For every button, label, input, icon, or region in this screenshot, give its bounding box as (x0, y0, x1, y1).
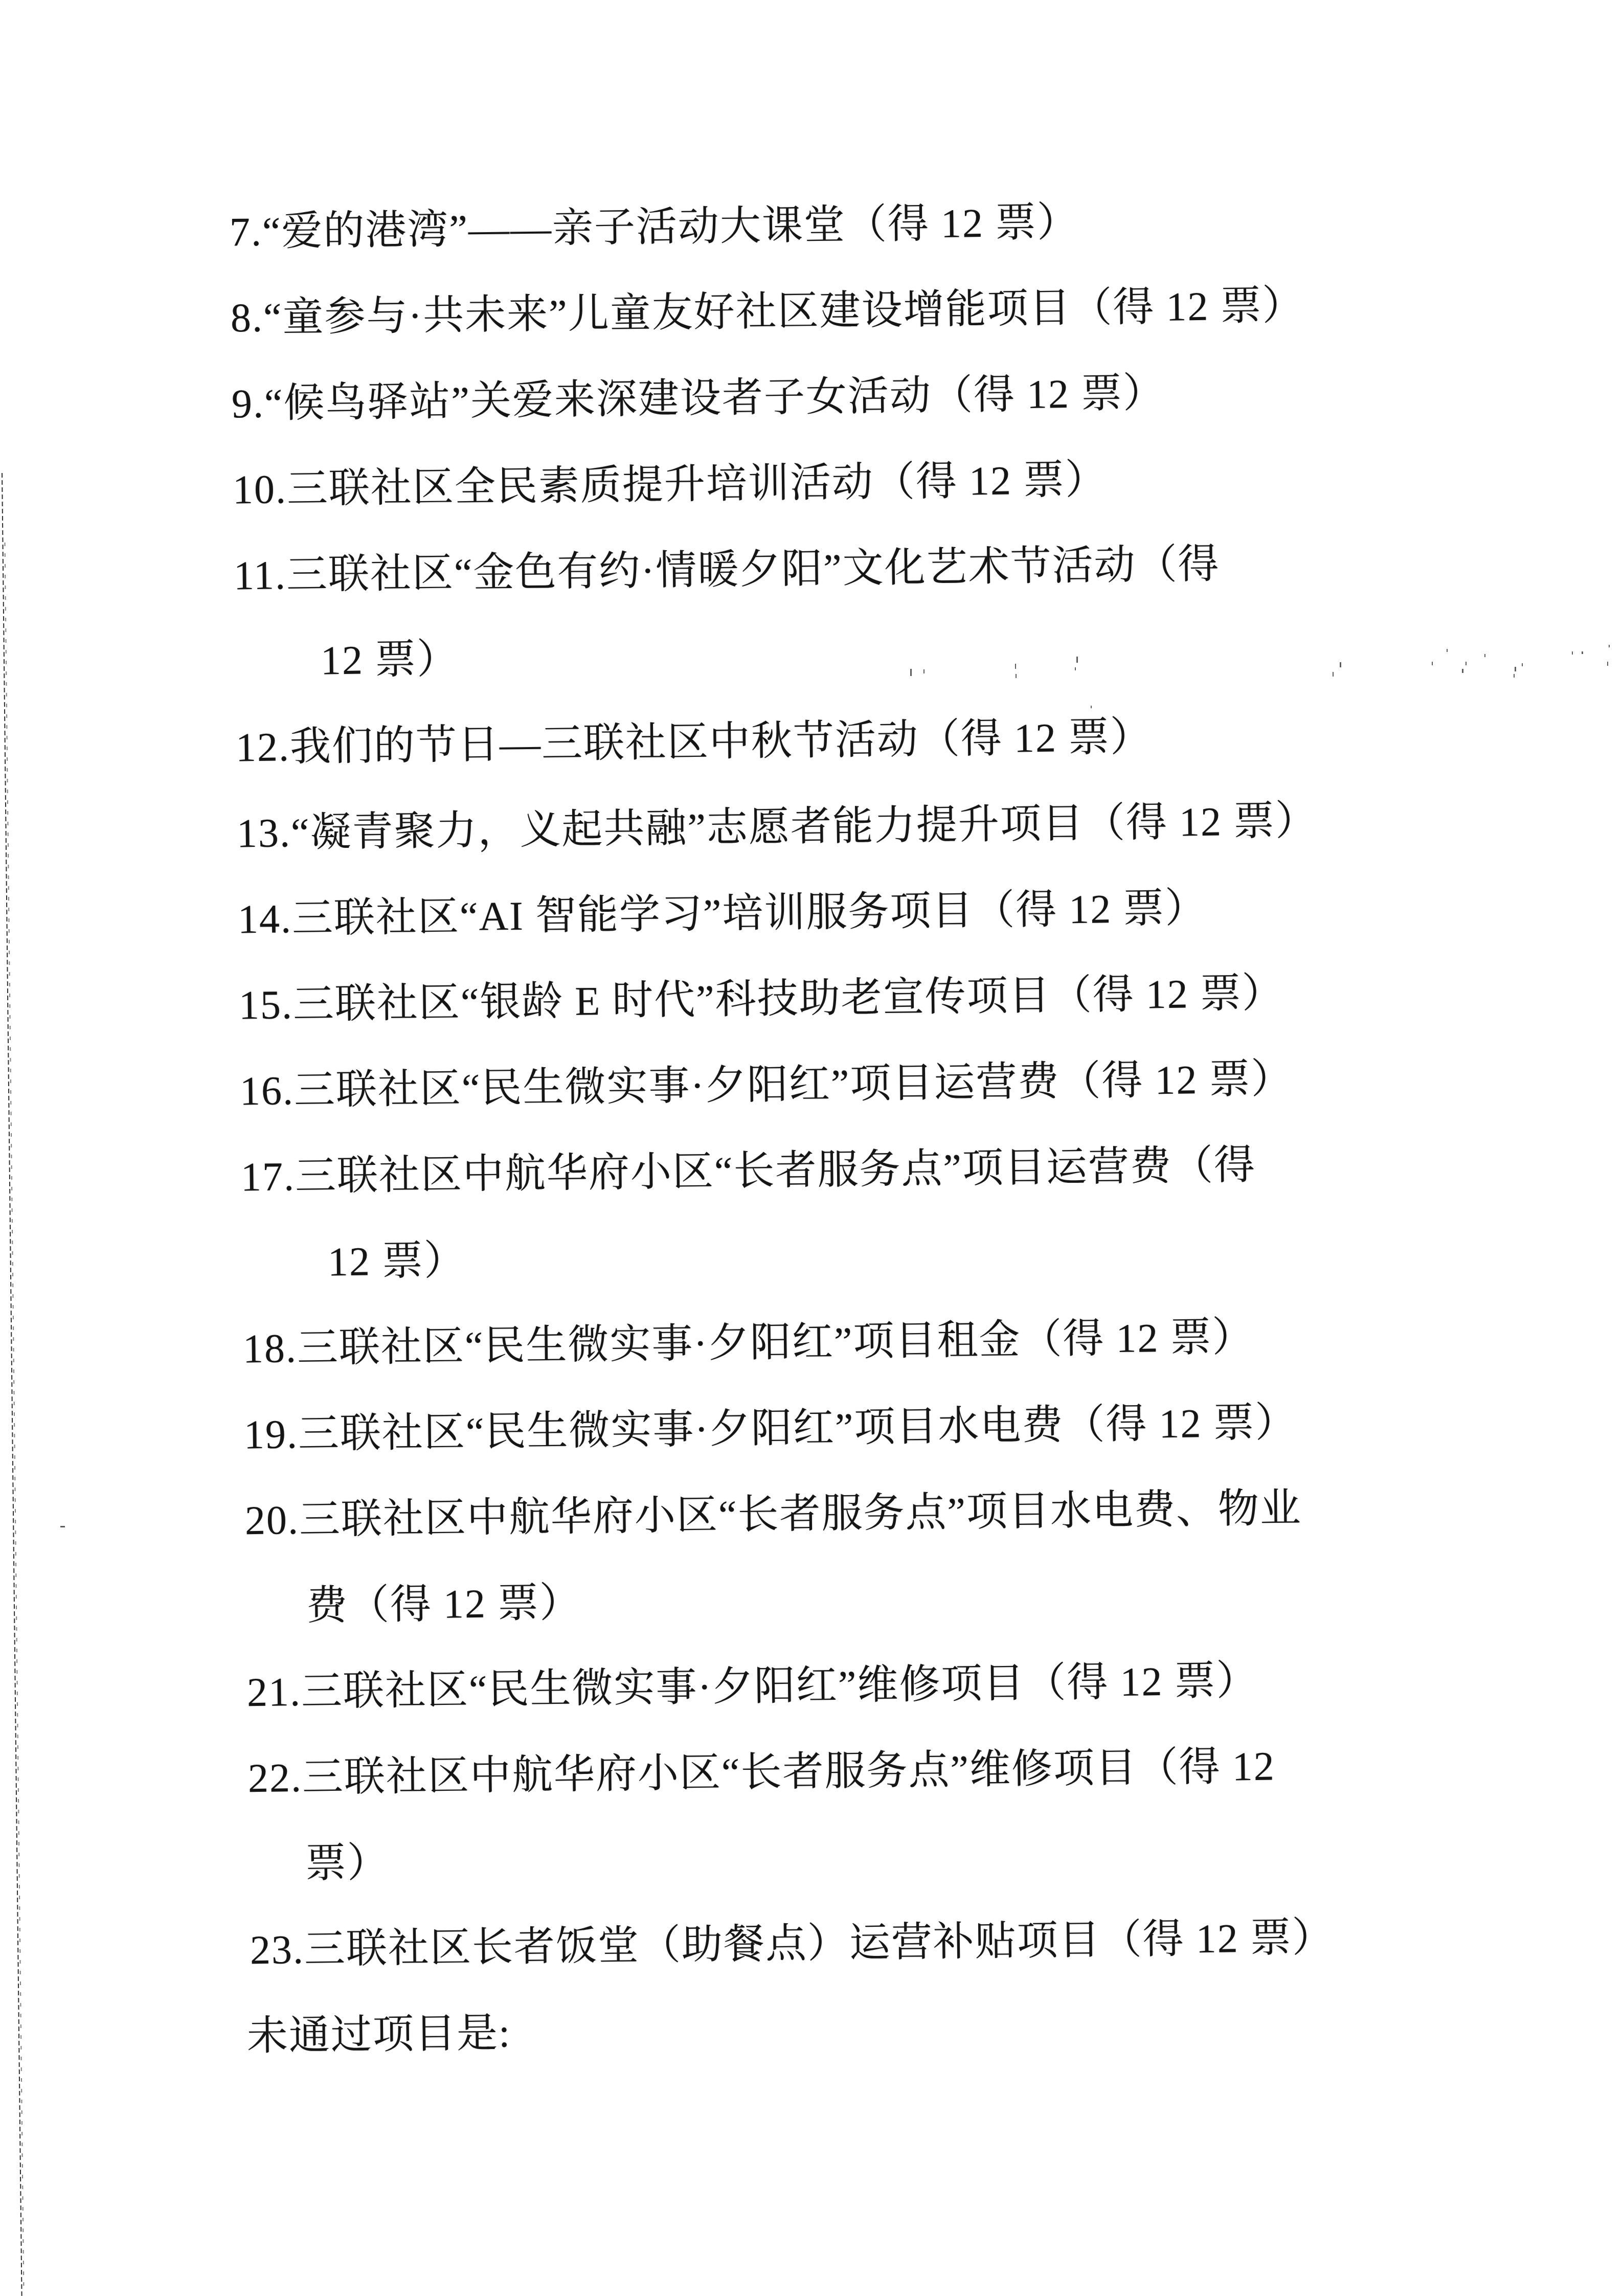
approved-projects-list: 7.“爱的港湾”——亲子活动大课堂（得 12 票） 8.“童参与·共未来”儿童友… (0, 173, 1623, 2082)
scan-dash-artifact (60, 1526, 65, 1527)
scanned-document-page: 7.“爱的港湾”——亲子活动大课堂（得 12 票） 8.“童参与·共未来”儿童友… (0, 0, 1623, 2296)
